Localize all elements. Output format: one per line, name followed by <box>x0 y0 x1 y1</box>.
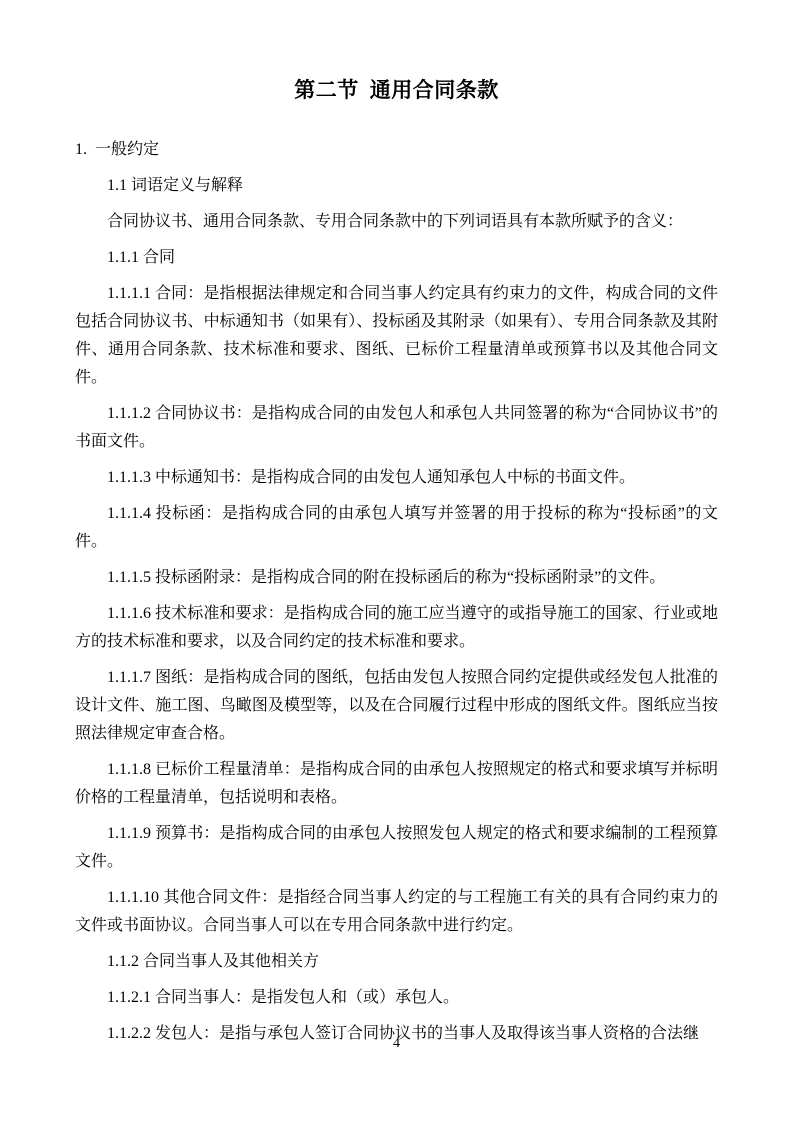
clause-1-1-1-9-budget-document: 1.1.1.9 预算书：是指构成合同的由承包人按照发包人规定的格式和要求编制的工… <box>75 820 718 876</box>
clause-1-1-1-6-technical-standards: 1.1.1.6 技术标准和要求：是指构成合同的施工应当遵守的或指导施工的国家、行… <box>75 600 718 656</box>
clause-1-1-1-5-bid-letter-appendix: 1.1.1.5 投标函附录：是指构成合同的附在投标函后的称为“投标函附录”的文件… <box>75 564 718 592</box>
heading-1-1-1-contract: 1.1.1 合同 <box>75 244 718 272</box>
page-footer: 4 <box>0 1035 793 1053</box>
clause-1-1-1-1-contract: 1.1.1.1 合同：是指根据法律规定和合同当事人约定具有约束力的文件，构成合同… <box>75 280 718 392</box>
clause-1-1-1-10-other-contract-documents: 1.1.1.10 其他合同文件：是指经合同当事人约定的与工程施工有关的具有合同约… <box>75 884 718 940</box>
document-title: 第二节 通用合同条款 <box>0 0 793 105</box>
clause-1-1-1-4-bid-letter: 1.1.1.4 投标函：是指构成合同的由承包人填写并签署的用于投标的称为“投标函… <box>75 500 718 556</box>
document-body: 1. 一般约定 1.1 词语定义与解释 合同协议书、通用合同条款、专用合同条款中… <box>0 136 793 1048</box>
heading-1-1-definitions: 1.1 词语定义与解释 <box>75 172 718 200</box>
clause-1-1-1-3-award-notice: 1.1.1.3 中标通知书：是指构成合同的由发包人通知承包人中标的书面文件。 <box>75 464 718 492</box>
clause-1-1-1-2-contract-agreement: 1.1.1.2 合同协议书：是指构成合同的由发包人和承包人共同签署的称为“合同协… <box>75 400 718 456</box>
page-number: 4 <box>393 1036 400 1051</box>
clause-1-1-2-1-contract-parties: 1.1.2.1 合同当事人：是指发包人和（或）承包人。 <box>75 984 718 1012</box>
paragraph-definitions-intro: 合同协议书、通用合同条款、专用合同条款中的下列词语具有本款所赋予的含义： <box>75 208 718 236</box>
document-page: 第二节 通用合同条款 1. 一般约定 1.1 词语定义与解释 合同协议书、通用合… <box>0 0 793 1122</box>
clause-1-1-1-8-priced-bill-of-quantities: 1.1.1.8 已标价工程量清单：是指构成合同的由承包人按照规定的格式和要求填写… <box>75 756 718 812</box>
clause-1-1-1-7-drawings: 1.1.1.7 图纸：是指构成合同的图纸，包括由发包人按照合同约定提供或经发包人… <box>75 664 718 748</box>
heading-1-general-provisions: 1. 一般约定 <box>75 136 718 164</box>
heading-1-1-2-contract-parties: 1.1.2 合同当事人及其他相关方 <box>75 948 718 976</box>
